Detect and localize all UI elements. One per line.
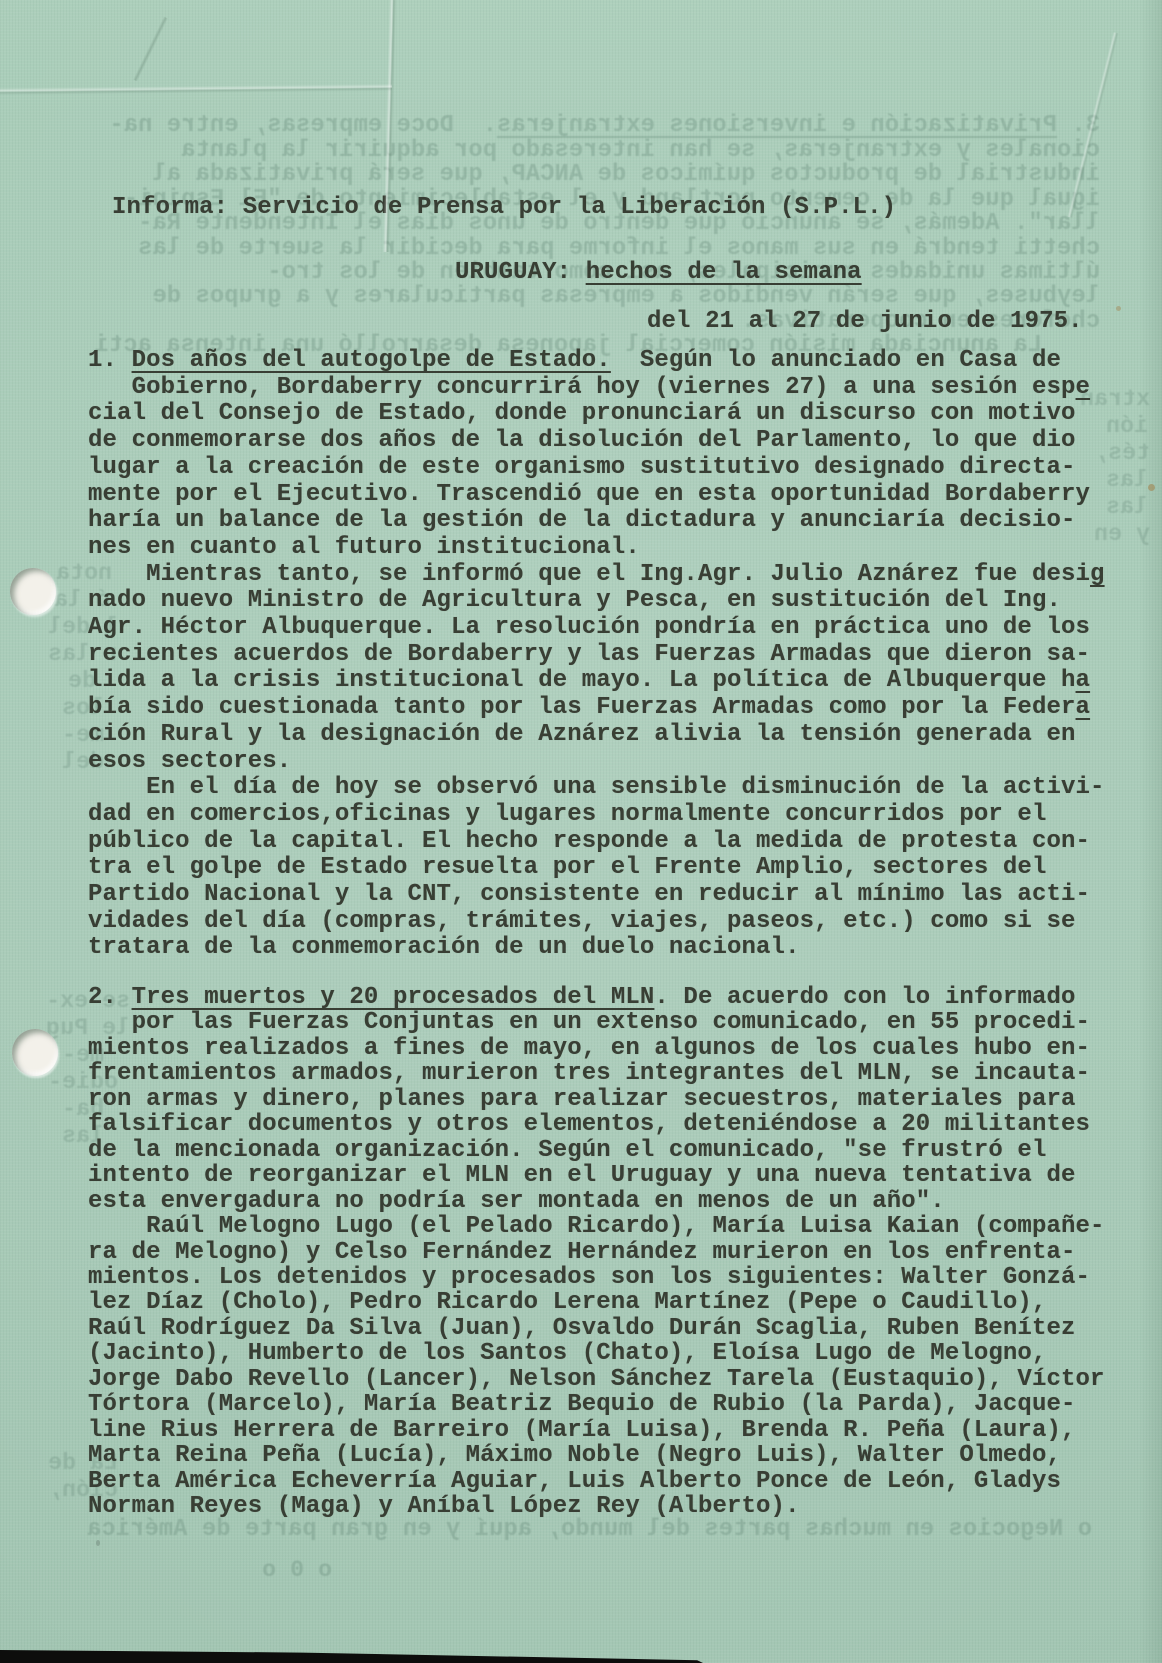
text-line: esos sectores. <box>88 749 1105 776</box>
ghost-line: chetti tendrá en sus manos el informe pa… <box>138 235 1100 262</box>
text-line: Partido Nacional y la CNT, consistente e… <box>88 882 1105 909</box>
text-line: tratara de la conmemoración de un duelo … <box>88 935 1105 962</box>
text-line: cial del Consejo de Estado, donde pronun… <box>88 401 1105 428</box>
small-crease <box>133 16 168 81</box>
text-line: Raúl Melogno Lugo (el Pelado Ricardo), M… <box>88 1214 1105 1239</box>
text-line: recientes acuerdos de Bordaberry y las F… <box>88 642 1105 669</box>
text-line: nado nuevo Ministro de Agricultura y Pes… <box>88 588 1105 615</box>
text-line: esta envergadura no podría ser montada e… <box>88 1189 1105 1214</box>
text-line: mientos. Los detenidos y procesados son … <box>88 1265 1105 1290</box>
ghost-line: leybuses, que serán vendidos a empresas … <box>152 283 1100 310</box>
speck <box>96 1540 100 1546</box>
title-underlined: hechos de la semana <box>586 259 862 286</box>
text-line: Berta América Echeverría Aguiar, Luis Al… <box>88 1469 1105 1494</box>
ghost-line: 3. Privatización e inversiones extranjer… <box>109 112 1100 139</box>
source-line: Informa: Servicio de Prensa por la Liber… <box>112 194 896 221</box>
text-line: falsificar documentos y otros elementos,… <box>88 1112 1105 1137</box>
ghost-fragment: las <box>1106 467 1148 493</box>
text-line: ción Rural y la designación de Aznárez a… <box>88 722 1105 749</box>
text-line: 2. Tres muertos y 20 procesados del MLN.… <box>88 985 1105 1010</box>
text-line: público de la capital. El hecho responde… <box>88 829 1105 856</box>
corner-crease <box>1067 32 1119 218</box>
text-line: ron armas y dinero, planes para realizar… <box>88 1087 1105 1112</box>
text-line: de conmemorarse dos años de la disolució… <box>88 428 1105 455</box>
text-line: de la mencionada organización. Según el … <box>88 1138 1105 1163</box>
bulletin-title: URUGUAY: hechos de la semana <box>455 259 862 286</box>
text-line: bía sido cuestionada tanto por las Fuerz… <box>88 695 1105 722</box>
scan-edge-black <box>0 1643 1162 1663</box>
rust-stain <box>1148 484 1155 491</box>
text-line: mente por el Ejecutivo. Trascendió que e… <box>88 482 1105 509</box>
text-line: Agr. Héctor Albuquerque. La resolución p… <box>88 615 1105 642</box>
ghost-line: cionales y extranjeras, se han interesad… <box>181 137 1100 164</box>
text-line: Norman Reyes (Maga) y Aníbal López Rey (… <box>88 1494 1105 1519</box>
text-line: Jorge Dabo Revello (Lancer), Nelson Sánc… <box>88 1367 1105 1392</box>
text-line: Mientras tanto, se informó que el Ing.Ag… <box>88 562 1105 589</box>
text-line: dad en comercios,oficinas y lugares norm… <box>88 802 1105 829</box>
text-line: lida a la crisis institucional de mayo. … <box>88 668 1105 695</box>
text-line: intento de reorganizar el MLN en el Urug… <box>88 1163 1105 1188</box>
text-line: (Jacinto), Humberto de los Santos (Chato… <box>88 1341 1105 1366</box>
text-line: mientos realizados a fines de mayo, en a… <box>88 1036 1105 1061</box>
text-line: lugar a la creación de este organismo su… <box>88 455 1105 482</box>
title-prefix: URUGUAY: <box>455 259 586 286</box>
text-line: ra de Melogno) y Celso Fernández Hernánd… <box>88 1240 1105 1265</box>
hole-punch-bottom <box>9 1026 61 1079</box>
text-line: Gobierno, Bordaberry concurrirá hoy (vie… <box>88 375 1105 402</box>
text-line: por las Fuerzas Conjuntas en un extenso … <box>88 1010 1105 1035</box>
text-line: Raúl Rodríguez Da Silva (Juan), Osvaldo … <box>88 1316 1105 1341</box>
text-line: lez Díaz (Cholo), Pedro Ricardo Lerena M… <box>88 1290 1105 1315</box>
edge-shading <box>1140 0 1162 1663</box>
horizontal-crease <box>0 84 392 95</box>
text-line: haría un balance de la gestión de la dic… <box>88 508 1105 535</box>
text-line: nes en cuanto al futuro institucional. <box>88 535 1105 562</box>
section-2-mln: 2. Tres muertos y 20 procesados del MLN.… <box>88 985 1105 1520</box>
ghost-fragment: ión <box>1106 413 1148 439</box>
small-stain <box>1116 306 1121 311</box>
text-line: line Rius Herrera de Barreiro (María Lui… <box>88 1418 1105 1443</box>
ghost-line: industrial de productos químicos de ANCA… <box>152 161 1100 188</box>
text-line: frentamientos armados, murieron tres int… <box>88 1061 1105 1086</box>
ghost-separator: o 0 o <box>262 1557 332 1583</box>
text-line: tra el golpe de Estado resuelta por el F… <box>88 855 1105 882</box>
hole-punch-top <box>10 568 56 615</box>
date-line: del 21 al 27 de junio de 1975. <box>647 308 1083 335</box>
scanned-document-page: 3. Privatización e inversiones extranjer… <box>0 0 1162 1663</box>
ghost-fragment: las <box>1106 494 1148 520</box>
text-line: En el día de hoy se observó una sensible… <box>88 775 1105 802</box>
text-line: vidades del día (compras, trámites, viaj… <box>88 909 1105 936</box>
text-line: 1. Dos años del autogolpe de Estado. Seg… <box>88 348 1105 375</box>
text-line: Tórtora (Marcelo), María Beatriz Bequio … <box>88 1392 1105 1417</box>
section-1-autogolpe: 1. Dos años del autogolpe de Estado. Seg… <box>88 348 1105 962</box>
text-line: Marta Reina Peña (Lucía), Máximo Noble (… <box>88 1443 1105 1468</box>
